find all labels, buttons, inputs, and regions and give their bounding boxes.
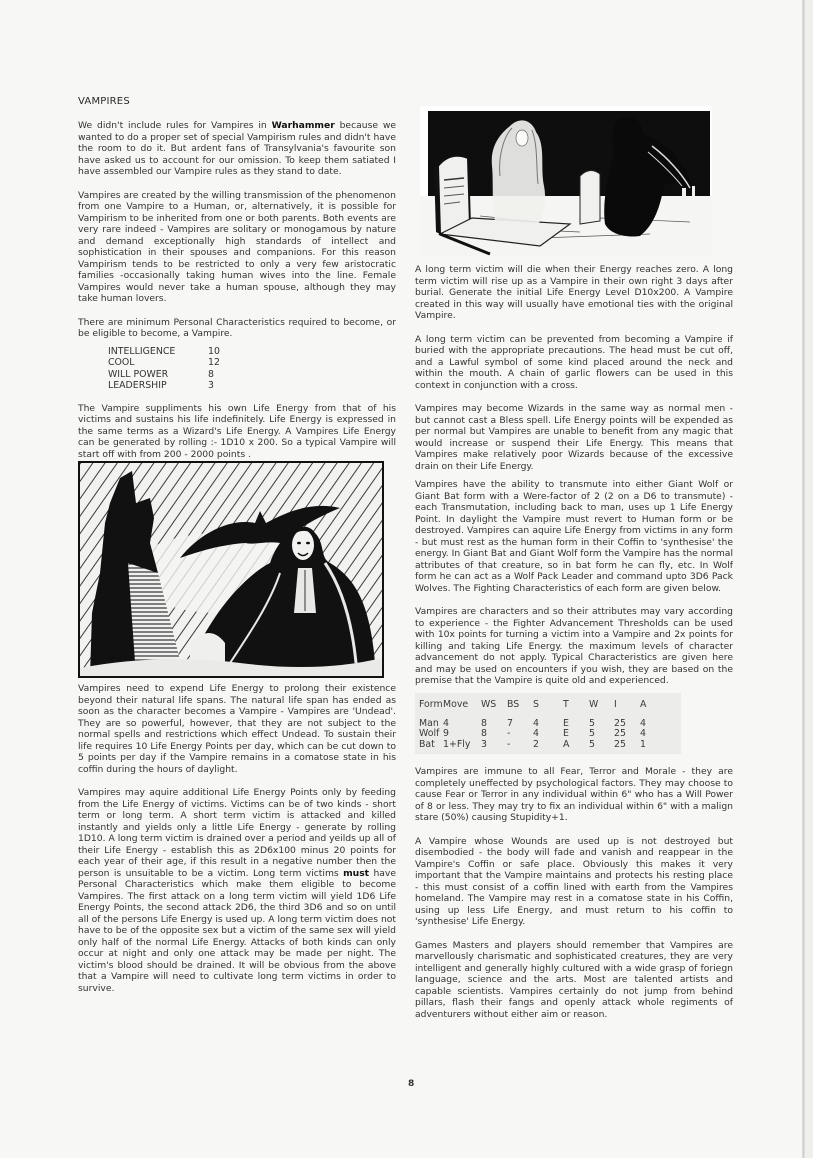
characteristic-value: 8 bbox=[208, 369, 238, 381]
table-cell: Wolf bbox=[419, 729, 443, 740]
right-column: A long term victim will die when their E… bbox=[415, 100, 733, 1032]
header-form: Form bbox=[419, 697, 443, 719]
table-cell: 1+Fly bbox=[443, 740, 481, 751]
characteristic-row: LEADERSHIP3 bbox=[108, 380, 396, 392]
table-row-bat: Bat 1+Fly 3 - 2 A 5 25 1 bbox=[419, 740, 681, 751]
intro-paragraph: We didn't include rules for Vampires in … bbox=[78, 120, 396, 178]
table-cell: 3 bbox=[481, 740, 507, 751]
characteristic-name: INTELLIGENCE bbox=[108, 346, 208, 358]
table-cell: 25 bbox=[614, 740, 640, 751]
table-cell: 25 bbox=[614, 729, 640, 740]
header-ws: WS bbox=[481, 697, 507, 719]
prevention-paragraph: A long term victim can be prevented from… bbox=[415, 334, 733, 392]
characteristic-name: COOL bbox=[108, 357, 208, 369]
table-cell: 4 bbox=[640, 729, 681, 740]
page-edge-shade bbox=[805, 0, 813, 1158]
min-characteristics-list: INTELLIGENCE10 COOL12 WILL POWER8 LEADER… bbox=[108, 346, 396, 392]
characteristic-row: COOL12 bbox=[108, 357, 396, 369]
gm-advice-paragraph: Games Masters and players should remembe… bbox=[415, 940, 733, 1021]
table-cell: 7 bbox=[507, 719, 533, 730]
experience-paragraph: Vampires are characters and so their att… bbox=[415, 606, 733, 687]
fighting-characteristics-table: Form Move WS BS S T W I A Man 4 8 7 4 bbox=[415, 693, 681, 755]
life-energy-paragraph: The Vampire suppliments his own Life Ene… bbox=[78, 403, 396, 461]
page-number: 8 bbox=[408, 1079, 414, 1089]
characteristic-row: INTELLIGENCE10 bbox=[108, 346, 396, 358]
victims-paragraph: Vampires may aquire additional Life Ener… bbox=[78, 787, 396, 994]
table-cell: 8 bbox=[481, 729, 507, 740]
header-move: Move bbox=[443, 697, 481, 719]
victims-text-after: have Personal Characteristics which make… bbox=[78, 868, 396, 994]
table-cell: 9 bbox=[443, 729, 481, 740]
table-cell: 5 bbox=[589, 729, 614, 740]
intro-text-before: We didn't include rules for Vampires in bbox=[78, 120, 272, 131]
characteristic-value: 10 bbox=[208, 346, 238, 358]
table-cell: 5 bbox=[589, 740, 614, 751]
characteristic-row: WILL POWER8 bbox=[108, 369, 396, 381]
characteristic-value: 12 bbox=[208, 357, 238, 369]
vampire-castle-illustration bbox=[78, 461, 384, 678]
article-heading: VAMPIRES bbox=[78, 96, 396, 107]
long-term-victim-dies-paragraph: A long term victim will die when their E… bbox=[415, 264, 733, 322]
table-cell: Bat bbox=[419, 740, 443, 751]
header-w: W bbox=[589, 697, 614, 719]
table-cell: - bbox=[507, 729, 533, 740]
graveyard-illustration bbox=[420, 106, 712, 256]
header-bs: BS bbox=[507, 697, 533, 719]
table-cell: - bbox=[507, 740, 533, 751]
vampire-bat-castle-artwork bbox=[80, 463, 382, 676]
characteristic-name: LEADERSHIP bbox=[108, 380, 208, 392]
table-header-row: Form Move WS BS S T W I A bbox=[419, 697, 681, 719]
transmutation-paragraph: Vampires have the ability to transmute i… bbox=[415, 479, 733, 594]
left-column: VAMPIRES We didn't include rules for Vam… bbox=[78, 96, 396, 1006]
creation-paragraph: Vampires are created by the willing tran… bbox=[78, 190, 396, 305]
characteristic-name: WILL POWER bbox=[108, 369, 208, 381]
characteristic-value: 3 bbox=[208, 380, 238, 392]
table-cell: E bbox=[563, 729, 589, 740]
immunity-paragraph: Vampires are immune to all Fear, Terror … bbox=[415, 766, 733, 824]
requirements-paragraph: There are minimum Personal Characteristi… bbox=[78, 317, 396, 340]
table-cell: A bbox=[563, 740, 589, 751]
wizards-paragraph: Vampires may become Wizards in the same … bbox=[415, 403, 733, 472]
victims-text-before: Vampires may aquire additional Life Ener… bbox=[78, 787, 396, 879]
ghost-and-vampire-graveyard-artwork bbox=[420, 106, 712, 256]
must-bold: must bbox=[343, 868, 369, 879]
warhammer-bold: Warhammer bbox=[272, 120, 335, 131]
header-s: S bbox=[533, 697, 563, 719]
header-a: A bbox=[640, 697, 681, 719]
wounds-paragraph: A Vampire whose Wounds are used up is no… bbox=[415, 836, 733, 928]
table-cell: 1 bbox=[640, 740, 681, 751]
table-cell: 4 bbox=[640, 719, 681, 730]
table-cell: 4 bbox=[533, 729, 563, 740]
table-cell: 2 bbox=[533, 740, 563, 751]
table-row-wolf: Wolf 9 8 - 4 E 5 25 4 bbox=[419, 729, 681, 740]
header-i: I bbox=[614, 697, 640, 719]
header-t: T bbox=[563, 697, 589, 719]
expend-energy-paragraph: Vampires need to expend Life Energy to p… bbox=[78, 683, 396, 775]
